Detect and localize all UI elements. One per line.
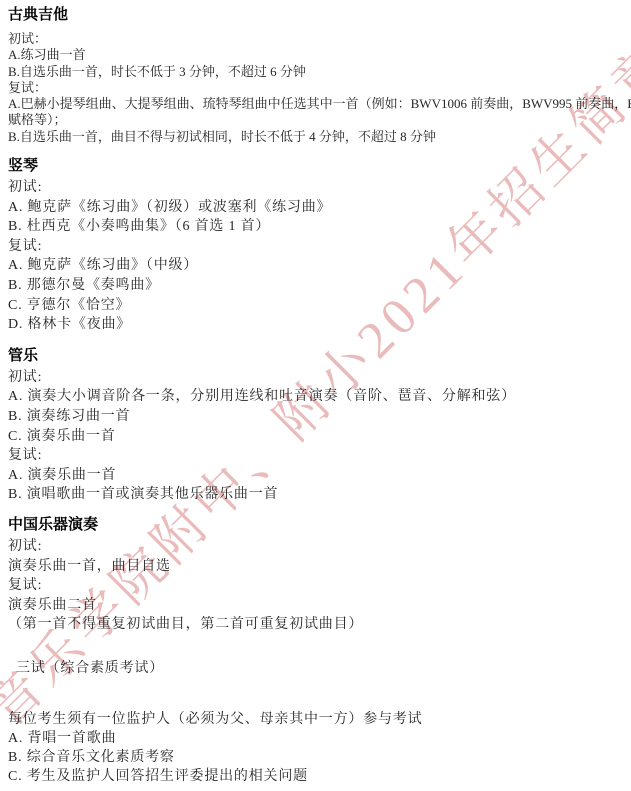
text-line: 初试:	[8, 537, 631, 557]
text-line: A. 鲍克萨《练习曲》（中级）	[8, 256, 631, 276]
section-chinese-instruments: 中国乐器演奏 初试: 演奏乐曲一首，曲目自选 复试: 演奏乐曲二首 （第一首不得…	[8, 516, 631, 635]
text-line: 初试:	[8, 178, 631, 198]
text-line: B. 演唱歌曲一首或演奏其他乐器乐曲一首	[8, 485, 631, 505]
third-exam-title: 三试（综合素质考试）	[16, 659, 631, 678]
section-classical-guitar: 古典吉他 初试： A.练习曲一首 B.自选乐曲一首，时长不低于 3 分钟，不超过…	[8, 6, 631, 145]
section-third-examination: 三试（综合素质考试） 每位考生须有一位监护人（必须为父、母亲其中一方）参与考试 …	[8, 659, 631, 786]
text-line: B. 杜西克《小奏鸣曲集》（6 首选 1 首）	[8, 217, 631, 237]
text-line: B.自选乐曲一首，曲目不得与初试相同，时长不低于 4 分钟，不超过 8 分钟	[8, 129, 631, 145]
section-wind-instruments: 管乐 初试: A. 演奏大小调音阶各一条，分别用连线和吐音演奏（音阶、琶音、分解…	[8, 347, 631, 505]
text-line: A.练习曲一首	[8, 47, 631, 63]
text-line: 每位考生须有一位监护人（必须为父、母亲其中一方）参与考试	[8, 710, 631, 729]
section-heading-harp: 竖琴	[8, 157, 631, 175]
text-line: C. 亨德尔《恰空》	[8, 296, 631, 316]
text-line: C. 考生及监护人回答招生评委提出的相关问题	[8, 767, 631, 786]
text-line: C. 演奏乐曲一首	[8, 427, 631, 447]
text-line: A. 背唱一首歌曲	[8, 729, 631, 748]
text-line: B. 演奏练习曲一首	[8, 407, 631, 427]
text-line: （第一首不得重复初试曲目，第二首可重复初试曲目）	[8, 615, 631, 635]
text-line: 复试:	[8, 446, 631, 466]
text-line: 复试:	[8, 237, 631, 257]
document-page: { "watermark": { "text": "音乐学院附中、附小2021年…	[0, 0, 631, 791]
text-line: B.自选乐曲一首，时长不低于 3 分钟，不超过 6 分钟	[8, 64, 631, 80]
text-line: 赋格等）；	[8, 112, 631, 128]
text-line: B. 那德尔曼《奏鸣曲》	[8, 276, 631, 296]
text-line: 初试:	[8, 368, 631, 388]
text-line: 复试：	[8, 80, 631, 96]
text-line: A.巴赫小提琴组曲、大提琴组曲、琉特琴组曲中任选其中一首（例如：BWV1006 …	[8, 96, 631, 112]
text-line: 演奏乐曲一首，曲目自选	[8, 557, 631, 577]
text-line: 演奏乐曲二首	[8, 596, 631, 616]
text-line: A. 演奏乐曲一首	[8, 466, 631, 486]
text-line: 复试:	[8, 576, 631, 596]
text-line: 初试：	[8, 31, 631, 47]
section-heading-classical-guitar: 古典吉他	[8, 6, 631, 24]
text-line: B. 综合音乐文化素质考察	[8, 748, 631, 767]
section-heading-chinese-instruments: 中国乐器演奏	[8, 516, 631, 534]
section-heading-wind-instruments: 管乐	[8, 347, 631, 365]
document-content: 古典吉他 初试： A.练习曲一首 B.自选乐曲一首，时长不低于 3 分钟，不超过…	[0, 0, 631, 786]
text-line: A. 演奏大小调音阶各一条，分别用连线和吐音演奏（音阶、琶音、分解和弦）	[8, 387, 631, 407]
text-line: D. 格林卡《夜曲》	[8, 315, 631, 335]
text-line: A. 鲍克萨《练习曲》（初级）或波塞利《练习曲》	[8, 198, 631, 218]
section-harp: 竖琴 初试: A. 鲍克萨《练习曲》（初级）或波塞利《练习曲》 B. 杜西克《小…	[8, 157, 631, 335]
